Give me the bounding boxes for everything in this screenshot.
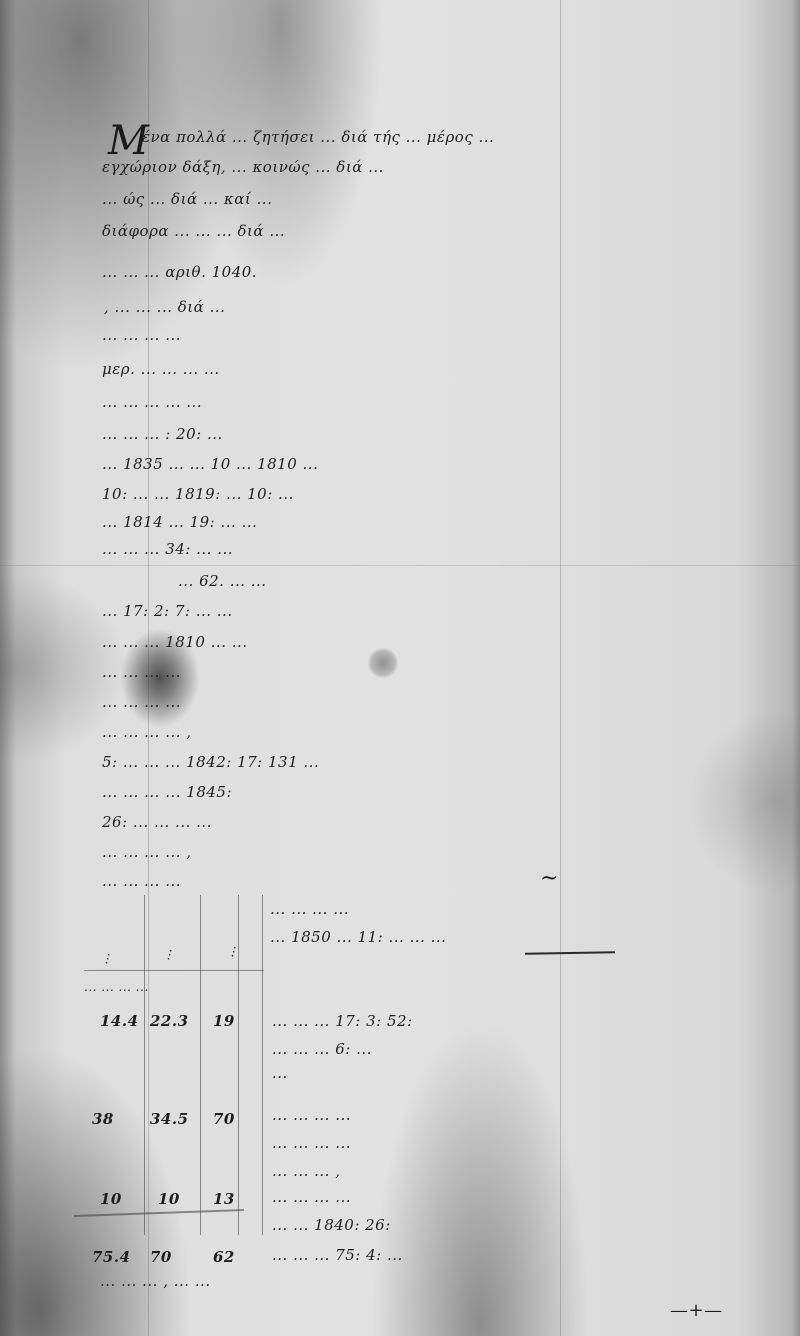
row-value: 14.4 xyxy=(100,1012,139,1030)
column-header: ... xyxy=(158,946,176,962)
text-line: ... 1850 ... 11: ... ... ... xyxy=(270,928,446,946)
flourish-mark: ~ xyxy=(540,866,558,891)
table-header-note: ... ... ... ... xyxy=(84,980,149,994)
text-line: ... ώς ... διά ... καί ... xyxy=(102,190,272,208)
row-value: 70 xyxy=(150,1248,172,1266)
table-rule xyxy=(144,895,145,1235)
text-line: ... ... 1840: 26: xyxy=(272,1216,391,1234)
fold-line xyxy=(0,565,800,566)
row-value: 75.4 xyxy=(92,1248,131,1266)
text-line: ... 62. ... ... xyxy=(178,572,267,590)
text-line: ... ... ... ... , xyxy=(102,843,192,861)
text-line: ... ... ... 6: ... xyxy=(272,1040,372,1058)
row-value: 62 xyxy=(213,1248,235,1266)
table-rule xyxy=(262,895,263,1235)
text-line: ... ... ... ... 1845: xyxy=(102,783,232,801)
manuscript-page: M ένα πολλά ... ζητήσει ... διά τής ... … xyxy=(0,0,800,1336)
text-line: εγχώριον δάξη, ... κοινώς ... διά ... xyxy=(102,158,384,176)
text-line: ... ... ... ... xyxy=(272,1188,351,1206)
table-rule xyxy=(200,895,201,1235)
text-line: ... ... ... ... xyxy=(270,900,349,918)
text-line: ... ... ... ... , xyxy=(102,723,192,741)
text-line: ... ... ... ... ... xyxy=(102,393,202,411)
text-line: ... ... ... ... xyxy=(272,1134,351,1152)
text-line: ... ... ... 17: 3: 52: xyxy=(272,1012,413,1030)
column-header: ... xyxy=(222,943,240,959)
text-line: 5: ... ... ... 1842: 17: 131 ... xyxy=(102,753,319,771)
row-value: 34.5 xyxy=(150,1110,189,1128)
text-line: ... 1835 ... ... 10 ... 1810 ... xyxy=(102,455,318,473)
text-line: ... ... ... ... xyxy=(102,663,181,681)
text-line: 26: ... ... ... ... xyxy=(102,813,212,831)
row-value: 13 xyxy=(213,1190,235,1208)
text-line: , ... ... ... διά ... xyxy=(104,298,225,316)
closing-mark: —+— xyxy=(670,1300,723,1321)
text-line: ... 1814 ... 19: ... ... xyxy=(102,513,257,531)
text-line: 10: ... ... 1819: ... 10: ... xyxy=(102,485,294,503)
text-line: ... ... ... ... xyxy=(102,693,181,711)
text-line: ... ... ... ... xyxy=(102,326,181,344)
row-value: 19 xyxy=(213,1012,235,1030)
underline xyxy=(525,951,615,955)
table-rule xyxy=(84,970,264,971)
text-line: ... ... ... 1810 ... ... xyxy=(102,633,248,651)
column-header: ... xyxy=(96,950,114,966)
row-value: 10 xyxy=(100,1190,122,1208)
row-value: 10 xyxy=(158,1190,180,1208)
row-value: 22.3 xyxy=(150,1012,189,1030)
text-line: ... ... ... αριθ. 1040. xyxy=(102,263,257,281)
water-stain xyxy=(368,648,398,678)
text-line: ... ... ... , xyxy=(272,1162,341,1180)
text-line: ... ... ... : 20: ... xyxy=(102,425,223,443)
text-line: διάφορα ... ... ... διά ... xyxy=(102,222,285,240)
text-line: μερ. ... ... ... ... xyxy=(102,360,220,378)
text-line: ... 17: 2: 7: ... ... xyxy=(102,602,233,620)
fold-line xyxy=(560,0,561,1336)
text-line: ... ... ... , ... ... xyxy=(100,1272,211,1290)
row-value: 38 xyxy=(92,1110,114,1128)
text-line: ... ... ... ... xyxy=(272,1106,351,1124)
text-line: ... xyxy=(272,1064,288,1082)
table-rule xyxy=(74,1209,244,1217)
row-value: 70 xyxy=(213,1110,235,1128)
text-line: ... ... ... 34: ... ... xyxy=(102,540,233,558)
text-line: ένα πολλά ... ζητήσει ... διά τής ... μέ… xyxy=(142,128,494,146)
text-line: ... ... ... ... xyxy=(102,872,181,890)
text-line: ... ... ... 75: 4: ... xyxy=(272,1246,403,1264)
